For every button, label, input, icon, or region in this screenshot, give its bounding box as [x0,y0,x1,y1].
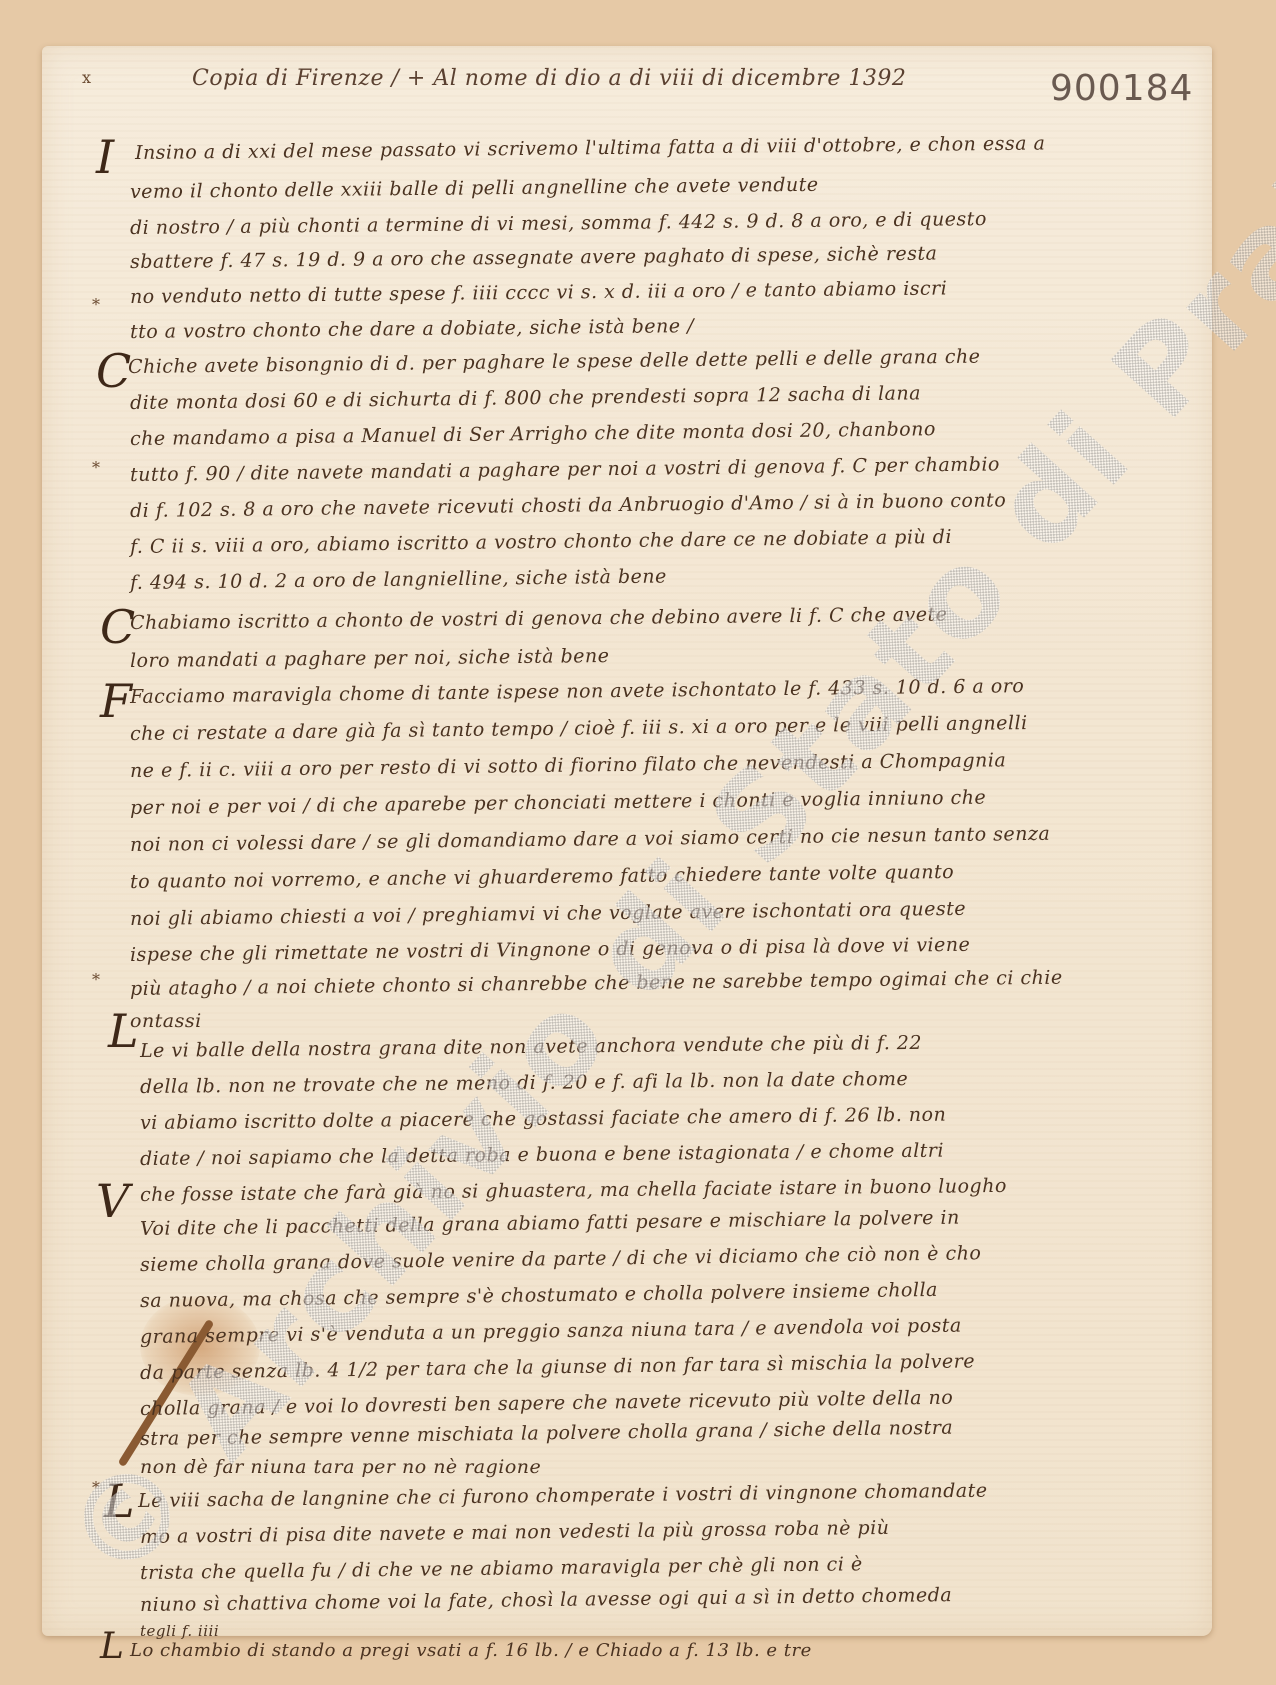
paragraph-initial: I [96,130,114,184]
archive-number: 900184 [1050,68,1193,109]
margin-mark: * [92,970,100,989]
margin-mark: x [82,68,91,87]
paragraph-initial: L [100,1626,124,1667]
paragraph-initial: V [96,1174,129,1228]
paragraph-initial: C [96,344,131,398]
text-line: ontassi [130,1010,202,1032]
paragraph-initial: F [100,674,132,728]
paragraph-initial: L [108,1004,139,1058]
margin-mark: * [92,295,100,314]
letter-header: Copia di Firenze / + Al nome di dio a di… [192,66,906,91]
text-line: tegli f. iiii [140,1622,219,1640]
margin-mark: * [92,458,100,477]
text-line: Lo chambio di stando a pregi vsati a f. … [130,1640,812,1661]
